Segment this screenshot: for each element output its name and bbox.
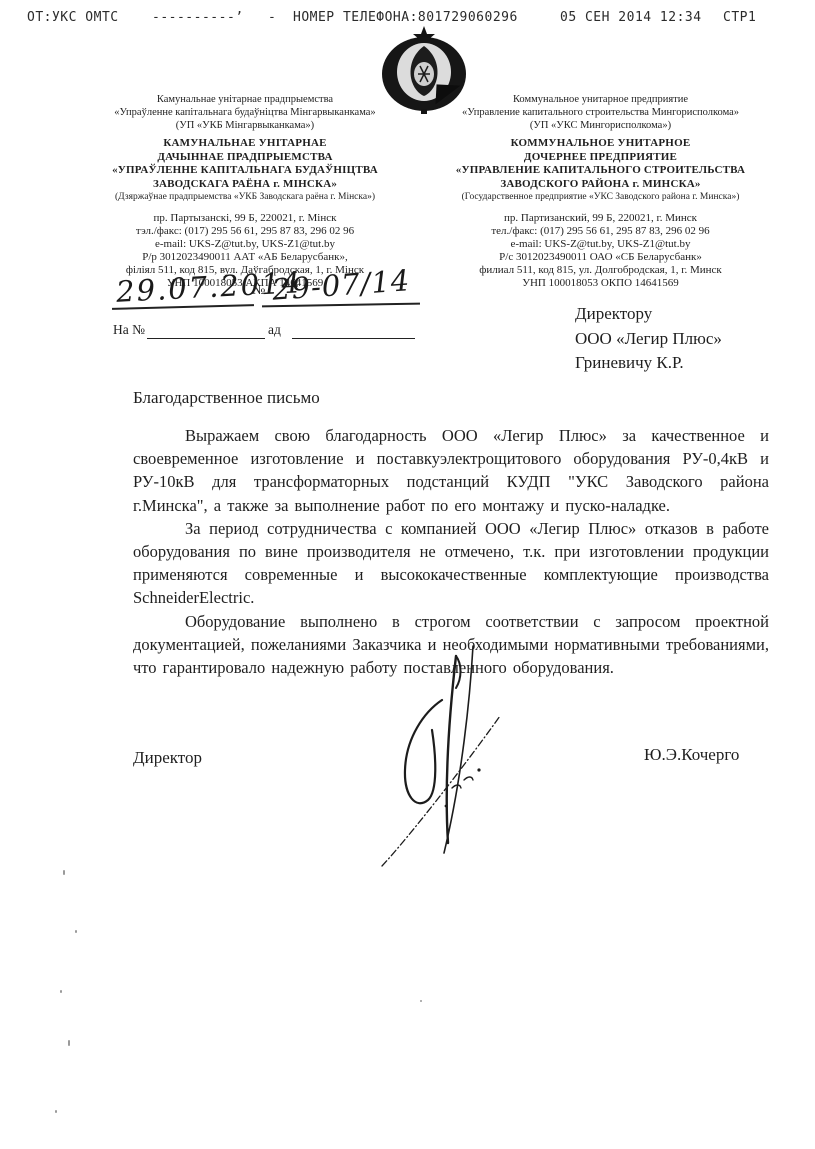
fax-datetime: 05 СЕН 2014 12:34 <box>560 10 702 25</box>
signer-name: Ю.Э.Кочерго <box>644 745 739 765</box>
scan-noise <box>75 930 77 933</box>
recipient-block: Директору ООО «Легир Плюс» Гриневичу К.Р… <box>575 302 722 376</box>
org-name-line: (УП «УКС Мингорисполкома») <box>433 119 768 132</box>
letter-paragraph: Выражаем свою благодарность ООО «Легир П… <box>133 424 769 517</box>
org-bold-line: КОММУНАЛЬНОЕ УНИТАРНОЕ <box>433 137 768 151</box>
address-line: e-mail: UKS-Z@tut.by, UKS-Z1@tut.by <box>433 238 768 251</box>
org-name-line: «Управление капитального строительства М… <box>433 106 768 119</box>
fax-dash: - <box>268 10 276 25</box>
letterhead-left-column: Камунальнае унітарнае прадпрыемства «Упр… <box>95 93 395 290</box>
reply-number-blank <box>147 338 265 339</box>
scan-noise <box>68 1040 70 1046</box>
letterhead-right-column: Коммунальное унитарное предприятие «Упра… <box>433 93 768 290</box>
scan-noise <box>55 1110 57 1113</box>
fax-separator-dashes: ----------’ <box>152 10 244 25</box>
address-line: Р/с 3012023490011 ОАО «СБ Беларусбанк» <box>433 251 768 264</box>
org-bold-line: ДАЧЫННАЕ ПРАДПРЫЕМСТВА <box>95 151 395 165</box>
org-name-line: Коммунальное унитарное предприятие <box>433 93 768 106</box>
letter-paragraph: За период сотрудничества с компанией ООО… <box>133 517 769 610</box>
org-bold-line: ЗАВОДСКОГО РАЙОНА г. МИНСКА» <box>433 178 768 192</box>
handwritten-signature <box>378 638 506 873</box>
address-line: филиал 511, код 815, ул. Долгобродская, … <box>433 264 768 277</box>
reply-date-blank <box>292 338 415 339</box>
reply-to-date-label: ад <box>268 322 281 338</box>
address-line: пр. Партызанскі, 99 Б, 220021, г. Мінск <box>95 212 395 225</box>
org-bold-line: «УПРАВЛЕНИЕ КАПИТАЛЬНОГО СТРОИТЕЛЬСТВА <box>433 164 768 178</box>
address-line: e-mail: UKS-Z@tut.by, UKS-Z1@tut.by <box>95 238 395 251</box>
recipient-name: Гриневичу К.Р. <box>575 351 722 376</box>
signer-role: Директор <box>133 748 202 768</box>
fax-sender: ОТ:УКС ОМТС <box>27 10 119 25</box>
org-sub-line: (Дзяржаўнае прадпрыемства «УКБ Заводскаг… <box>95 191 395 203</box>
address-line: УНП 100018053 ОКПО 14641569 <box>433 277 768 290</box>
number-sign: № <box>252 283 265 299</box>
scan-noise <box>60 990 62 993</box>
fax-phone-number: НОМЕР ТЕЛЕФОНА:801729060296 <box>293 10 518 25</box>
org-name-line: «Упраўленне капітальнага будаўніцтва Мін… <box>95 106 395 119</box>
address-line: тел./факс: (017) 295 56 61, 295 87 83, 2… <box>433 225 768 238</box>
org-bold-line: КАМУНАЛЬНАЕ УНІТАРНАЕ <box>95 137 395 151</box>
recipient-company: ООО «Легир Плюс» <box>575 327 722 352</box>
scan-noise <box>63 870 65 875</box>
letter-title: Благодарственное письмо <box>133 388 320 408</box>
org-bold-line: ДОЧЕРНЕЕ ПРЕДПРИЯТИЕ <box>433 151 768 165</box>
recipient-title: Директору <box>575 302 722 327</box>
address-line: тэл./факс: (017) 295 56 61, 295 87 83, 2… <box>95 225 395 238</box>
scanned-fax-letter-page: ОТ:УКС ОМТС ----------’ - НОМЕР ТЕЛЕФОНА… <box>0 0 815 1149</box>
scan-noise <box>420 1000 422 1002</box>
fax-page-number: СТР1 <box>723 10 756 25</box>
org-bold-line: ЗАВОДСКАГА РАЁНА г. МІНСКА» <box>95 178 395 192</box>
address-line: пр. Партизанский, 99 Б, 220021, г. Минск <box>433 212 768 225</box>
reply-to-number-label: На № <box>113 322 145 338</box>
org-name-line: Камунальнае унітарнае прадпрыемства <box>95 93 395 106</box>
org-name-line: (УП «УКБ Мінгарвыканкама») <box>95 119 395 132</box>
org-bold-line: «УПРАЎЛЕННЕ КАПІТАЛЬНАГА БУДАЎНІЦТВА <box>95 164 395 178</box>
org-sub-line: (Государственное предприятие «УКС Заводс… <box>433 191 768 203</box>
address-line: Р/р 3012023490011 ААТ «АБ Беларусбанк», <box>95 251 395 264</box>
